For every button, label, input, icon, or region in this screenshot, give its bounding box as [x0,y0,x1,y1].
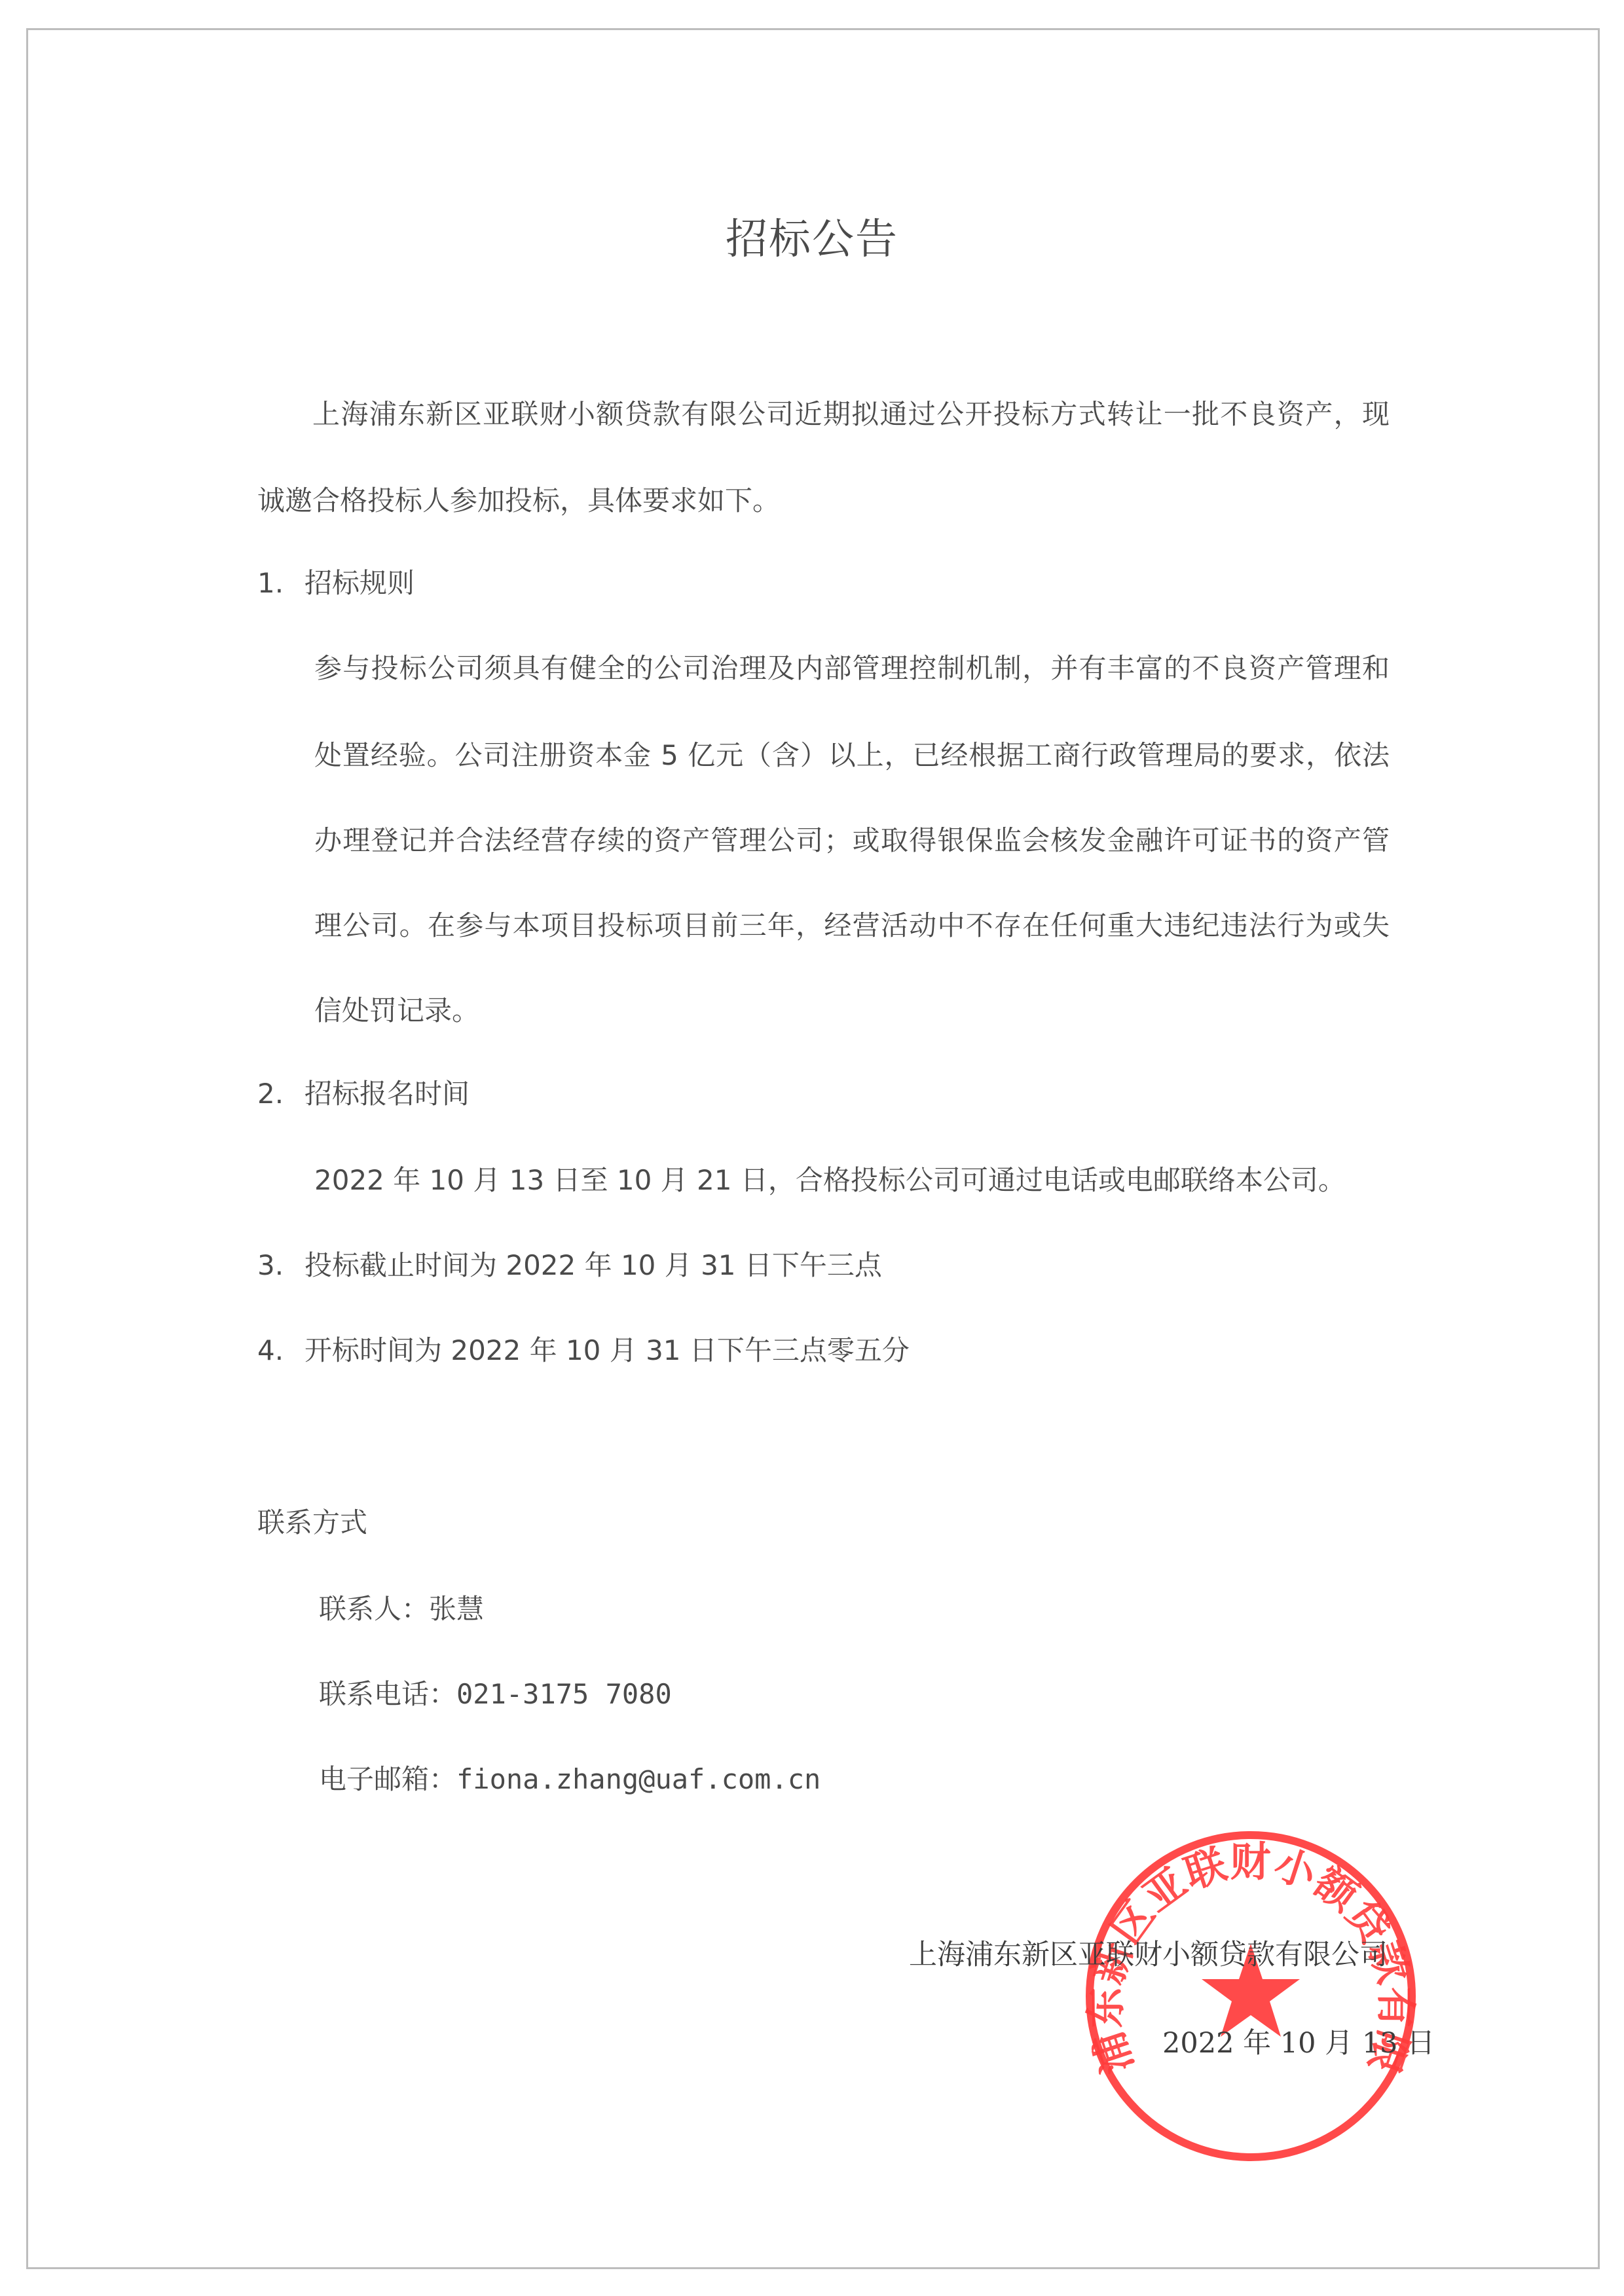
intro-line-1: 上海浦东新区亚联财小额贷款有限公司近期拟通过公开投标方式转让一批不良资产，现 [312,401,1390,429]
section-1-line-4: 理公司。在参与本项目投标项目前三年，经营活动中不存在任何重大违纪违法行为或失 [314,912,1390,941]
signature-date: 2022 年 10 月 13 日 [1162,2030,1435,2057]
section-3-number: 3. [257,1252,284,1279]
section-1-heading: 招标规则 [304,570,415,597]
contact-email-label: 电子邮箱： [319,1763,456,1795]
section-4-heading: 开标时间为 2022 年 10 月 31 日下午三点零五分 [304,1337,910,1364]
contact-phone-row: 联系电话：021-3175 7080 [319,1681,672,1708]
contact-email-row: 电子邮箱：fiona.zhang@uaf.com.cn [319,1766,821,1793]
page-title: 招标公告 [0,219,1624,261]
section-2-line-1: 2022 年 10 月 13 日至 10 月 21 日，合格投标公司可通过电话或… [314,1167,1346,1194]
contact-phone-label: 联系电话： [319,1678,456,1710]
section-1-line-1: 参与投标公司须具有健全的公司治理及内部管理控制机制，并有丰富的不良资产管理和 [314,655,1390,683]
section-4-number: 4. [257,1337,284,1364]
section-1-line-5: 信处罚记录。 [314,997,479,1025]
intro-line-2: 诚邀合格投标人参加投标，具体要求如下。 [257,487,780,515]
section-1-number: 1. [257,570,284,597]
contact-person-label: 联系人： [319,1593,429,1625]
section-2-number: 2. [257,1080,284,1108]
contact-email-value[interactable]: fiona.zhang@uaf.com.cn [456,1763,821,1795]
contact-person-name: 张慧 [429,1593,484,1625]
contact-person-row: 联系人：张慧 [319,1595,484,1623]
section-1-line-3: 办理登记并合法经营存续的资产管理公司；或取得银保监会核发金融许可证书的资产管 [314,827,1390,856]
section-3-heading: 投标截止时间为 2022 年 10 月 31 日下午三点 [304,1252,882,1279]
section-1-line-2: 处置经验。公司注册资本金 5 亿元（含）以上，已经根据工商行政管理局的要求，依法 [314,742,1390,771]
company-seal: 上海浦东新区亚联财小额贷款有限公司 [1082,1827,1420,2165]
signature-company: 上海浦东新区亚联财小额贷款有限公司 [909,1941,1388,1969]
section-2-heading: 招标报名时间 [304,1080,470,1108]
contact-phone-value: 021-3175 7080 [456,1678,672,1710]
contact-heading: 联系方式 [257,1509,367,1537]
